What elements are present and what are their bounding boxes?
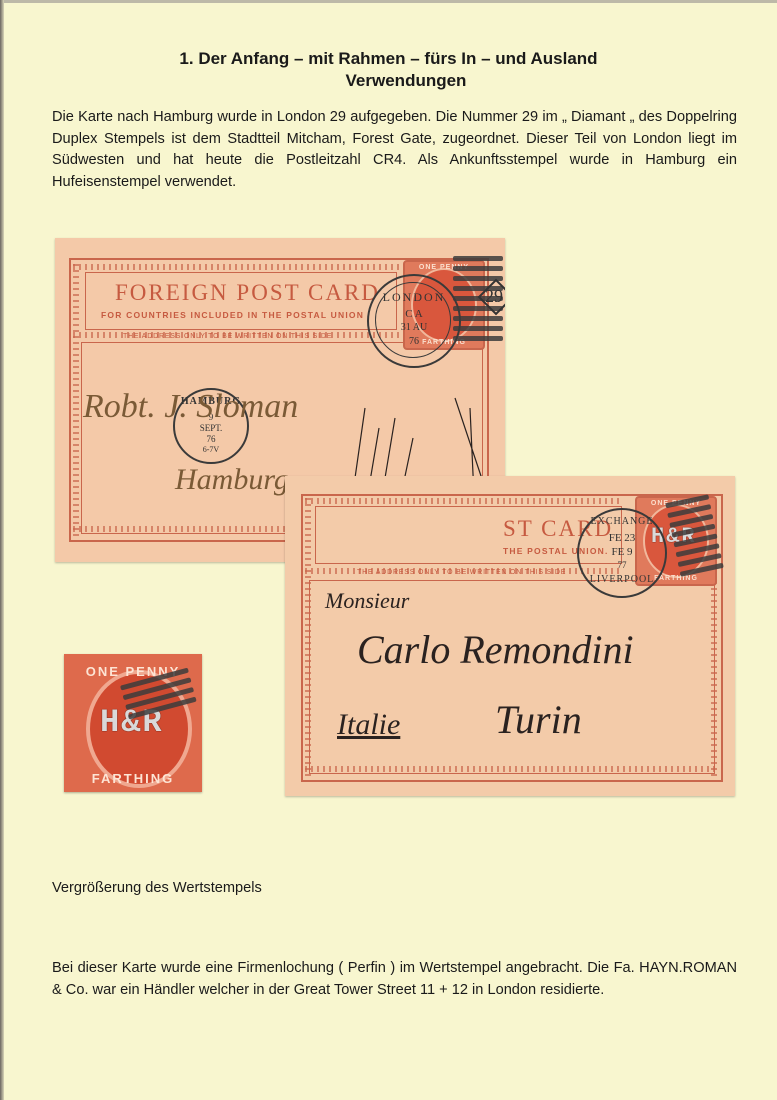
postcard-turin: ST CARD THE POSTAL UNION. THE ADDRESS ON…: [285, 476, 735, 796]
page-title: 1. Der Anfang – mit Rahmen – fürs In – u…: [0, 48, 777, 92]
enlargement-caption: Vergrößerung des Wertstempels: [52, 878, 737, 900]
title-line-1: 1. Der Anfang – mit Rahmen – fürs In – u…: [179, 49, 597, 68]
handwritten-addressee: Robt. J. Sloman: [83, 388, 298, 426]
perfin-paragraph: Bei dieser Karte wurde eine Firmenlochun…: [52, 958, 737, 1001]
card-title: FOREIGN POST CARD: [115, 280, 380, 306]
handwritten-addressee: Carlo Remondini: [357, 626, 634, 673]
postmark-london: LONDON C A 31 AU 76: [367, 274, 461, 368]
page-edge: [0, 0, 777, 3]
handwritten-city: Hamburg: [175, 463, 289, 497]
card-subtitle: FOR COUNTRIES INCLUDED IN THE POSTAL UNI…: [101, 310, 364, 320]
postmark-liverpool: EXCHANGE FE 23 FE 9 77 LIVERPOOL: [577, 508, 667, 598]
enlarged-stamp: ONE PENNY FARTHING H&R: [64, 654, 202, 792]
greek-border: [305, 766, 715, 772]
address-line: THE ADDRESS ONLY TO BE WRITTEN ON THIS S…: [357, 569, 566, 576]
handwritten-city: Turin: [495, 696, 582, 743]
page-edge-left: [0, 0, 4, 1100]
duplex-number: 29: [485, 286, 503, 307]
handwritten-country: Italie: [337, 708, 400, 742]
greek-border: [73, 264, 79, 536]
handwritten-salutation: Monsieur: [325, 588, 409, 614]
intro-paragraph: Die Karte nach Hamburg wurde in London 2…: [52, 107, 737, 193]
address-line: THE ADDRESS ONLY TO BE WRITTEN ON THIS S…: [123, 333, 332, 340]
greek-border: [73, 264, 401, 270]
title-line-2: Verwendungen: [0, 70, 777, 92]
greek-border: [305, 498, 623, 504]
